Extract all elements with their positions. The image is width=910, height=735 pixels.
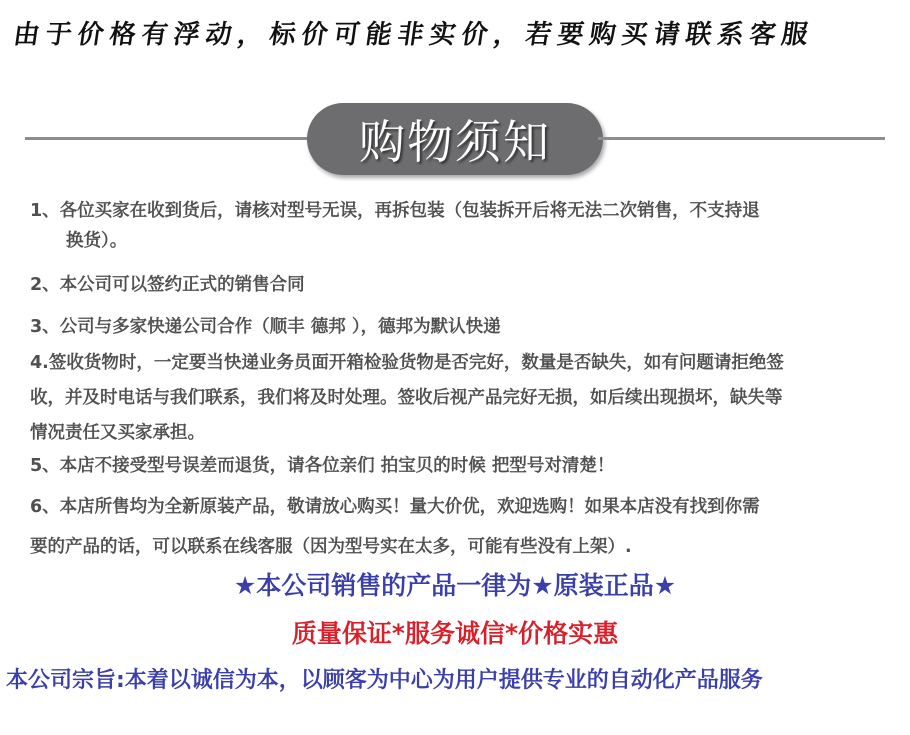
- section-title: 购物须知: [359, 106, 551, 172]
- notice-item-1: 1、各位买家在收到货后，请核对型号无误，再拆包装（包装拆开后将无法二次销售，不支…: [30, 196, 880, 256]
- notice-4-line-3: 情况责任又买家承担。: [30, 416, 880, 451]
- notice-1-line-2: 换货）。: [30, 226, 880, 256]
- company-mission-slogan: 本公司宗旨:本着以诚信为本，以顾客为中心为用户提供专业的自动化产品服务: [6, 663, 910, 694]
- notice-item-2: 2、本公司可以签约正式的销售合同: [30, 270, 880, 300]
- quality-service-slogan: 质量保证*服务诚信*价格实惠: [0, 614, 910, 650]
- notice-item-6: 6、本店所售均为全新原装产品，敬请放心购买！量大价优，欢迎选购！如果本店没有找到…: [30, 487, 880, 567]
- notice-2-line-1: 2、本公司可以签约正式的销售合同: [30, 275, 305, 295]
- notice-1-line-1: 1、各位买家在收到货后，请核对型号无误，再拆包装（包装拆开后将无法二次销售，不支…: [30, 201, 760, 221]
- section-title-pill: 购物须知: [307, 103, 603, 175]
- notice-5-line-1: 5、本店不接受型号误差而退货，请各位亲们 拍宝贝的时候 把型号对清楚！: [30, 456, 614, 476]
- price-disclaimer-banner: 由于价格有浮动，标价可能非实价，若要购买请联系客服: [0, 14, 910, 51]
- genuine-products-slogan: ★本公司销售的产品一律为★原装正品★: [0, 566, 910, 602]
- notice-item-3: 3、公司与多家快递公司合作（顺丰 德邦 ），德邦为默认快递: [30, 312, 880, 342]
- notice-4-line-2: 收，并及时电话与我们联系，我们将及时处理。签收后视产品完好无损，如后续出现损坏，…: [30, 381, 880, 416]
- notice-6-line-2: 要的产品的话，可以联系在线客服（因为型号实在太多，可能有些没有上架）.: [30, 527, 880, 567]
- notice-6-line-1: 6、本店所售均为全新原装产品，敬请放心购买！量大价优，欢迎选购！如果本店没有找到…: [30, 487, 880, 527]
- notice-item-5: 5、本店不接受型号误差而退货，请各位亲们 拍宝贝的时候 把型号对清楚！: [30, 451, 880, 481]
- header-divider-left: [25, 137, 317, 140]
- notice-4-line-1: 4.签收货物时，一定要当快递业务员面开箱检验货物是否完好，数量是否缺失，如有问题…: [30, 346, 880, 381]
- header-divider-right: [598, 137, 885, 140]
- notice-3-line-1: 3、公司与多家快递公司合作（顺丰 德邦 ），德邦为默认快递: [30, 317, 501, 337]
- notice-item-4: 4.签收货物时，一定要当快递业务员面开箱检验货物是否完好，数量是否缺失，如有问题…: [30, 346, 880, 451]
